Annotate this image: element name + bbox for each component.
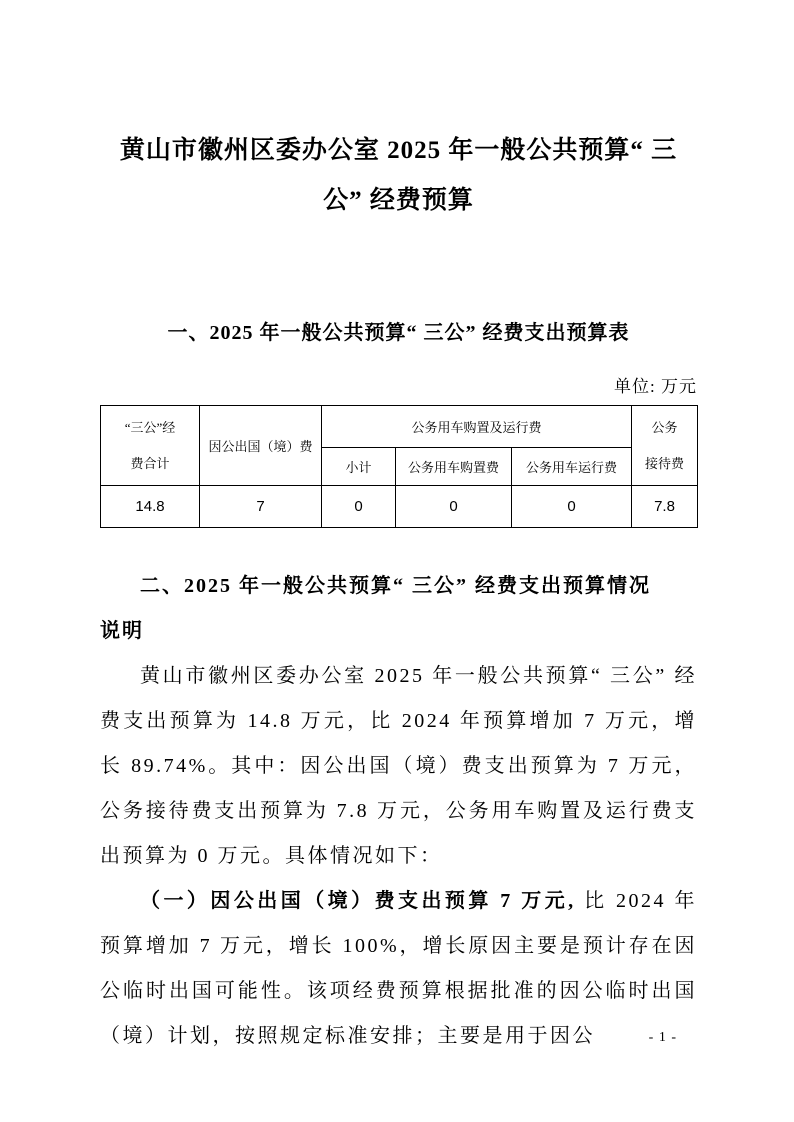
- table-header-vehicle-subtotal: 小计: [322, 448, 396, 486]
- table-header-abroad: 因公出国（境）费: [200, 406, 322, 486]
- table-header-vehicle-group: 公务用车购置及运行费: [322, 406, 632, 448]
- section1-heading: 一、2025 年一般公共预算“ 三公” 经费支出预算表: [100, 316, 697, 345]
- document-content: 黄山市徽州区委办公室 2025 年一般公共预算“ 三 公” 经费预算 一、202…: [100, 0, 697, 1059]
- value-total: 14.8: [101, 486, 200, 528]
- table-header-reception: 公务 接待费: [632, 406, 698, 486]
- paragraph-overview: 黄山市徽州区委办公室 2025 年一般公共预算“ 三公” 经费支出预算为 14.…: [100, 654, 697, 879]
- budget-table: “三公”经 费合计 因公出国（境）费 公务用车购置及运行费 公务 接待费 小计 …: [100, 405, 698, 528]
- value-vehicle-operation: 0: [512, 486, 632, 528]
- value-abroad: 7: [200, 486, 322, 528]
- value-vehicle-subtotal: 0: [322, 486, 396, 528]
- document-page: 黄山市徽州区委办公室 2025 年一般公共预算“ 三 公” 经费预算 一、202…: [0, 0, 794, 1122]
- table-unit-label: 单位: 万元: [100, 372, 697, 397]
- document-title: 黄山市徽州区委办公室 2025 年一般公共预算“ 三 公” 经费预算: [100, 126, 697, 226]
- table-header-vehicle-purchase: 公务用车购置费: [396, 448, 512, 486]
- value-vehicle-purchase: 0: [396, 486, 512, 528]
- paragraph-item-one-rest: 比 2024 年预算增加 7 万元，增长 100%，增长原因主要是预计存在因公临…: [100, 890, 697, 1047]
- value-reception: 7.8: [632, 486, 698, 528]
- page-number: - 1 -: [649, 1030, 677, 1046]
- paragraph-item-one: （一）因公出国（境）费支出预算 7 万元, 比 2024 年预算增加 7 万元，…: [100, 879, 697, 1059]
- table-header-total: “三公”经 费合计: [101, 406, 200, 486]
- paragraph-item-one-lead: （一）因公出国（境）费支出预算 7 万元,: [140, 890, 576, 912]
- table-data-row: 14.8 7 0 0 0 7.8: [101, 486, 698, 528]
- table-header-vehicle-operation: 公务用车运行费: [512, 448, 632, 486]
- section2-heading: 二、2025 年一般公共预算“ 三公” 经费支出预算情况 说明: [100, 564, 697, 654]
